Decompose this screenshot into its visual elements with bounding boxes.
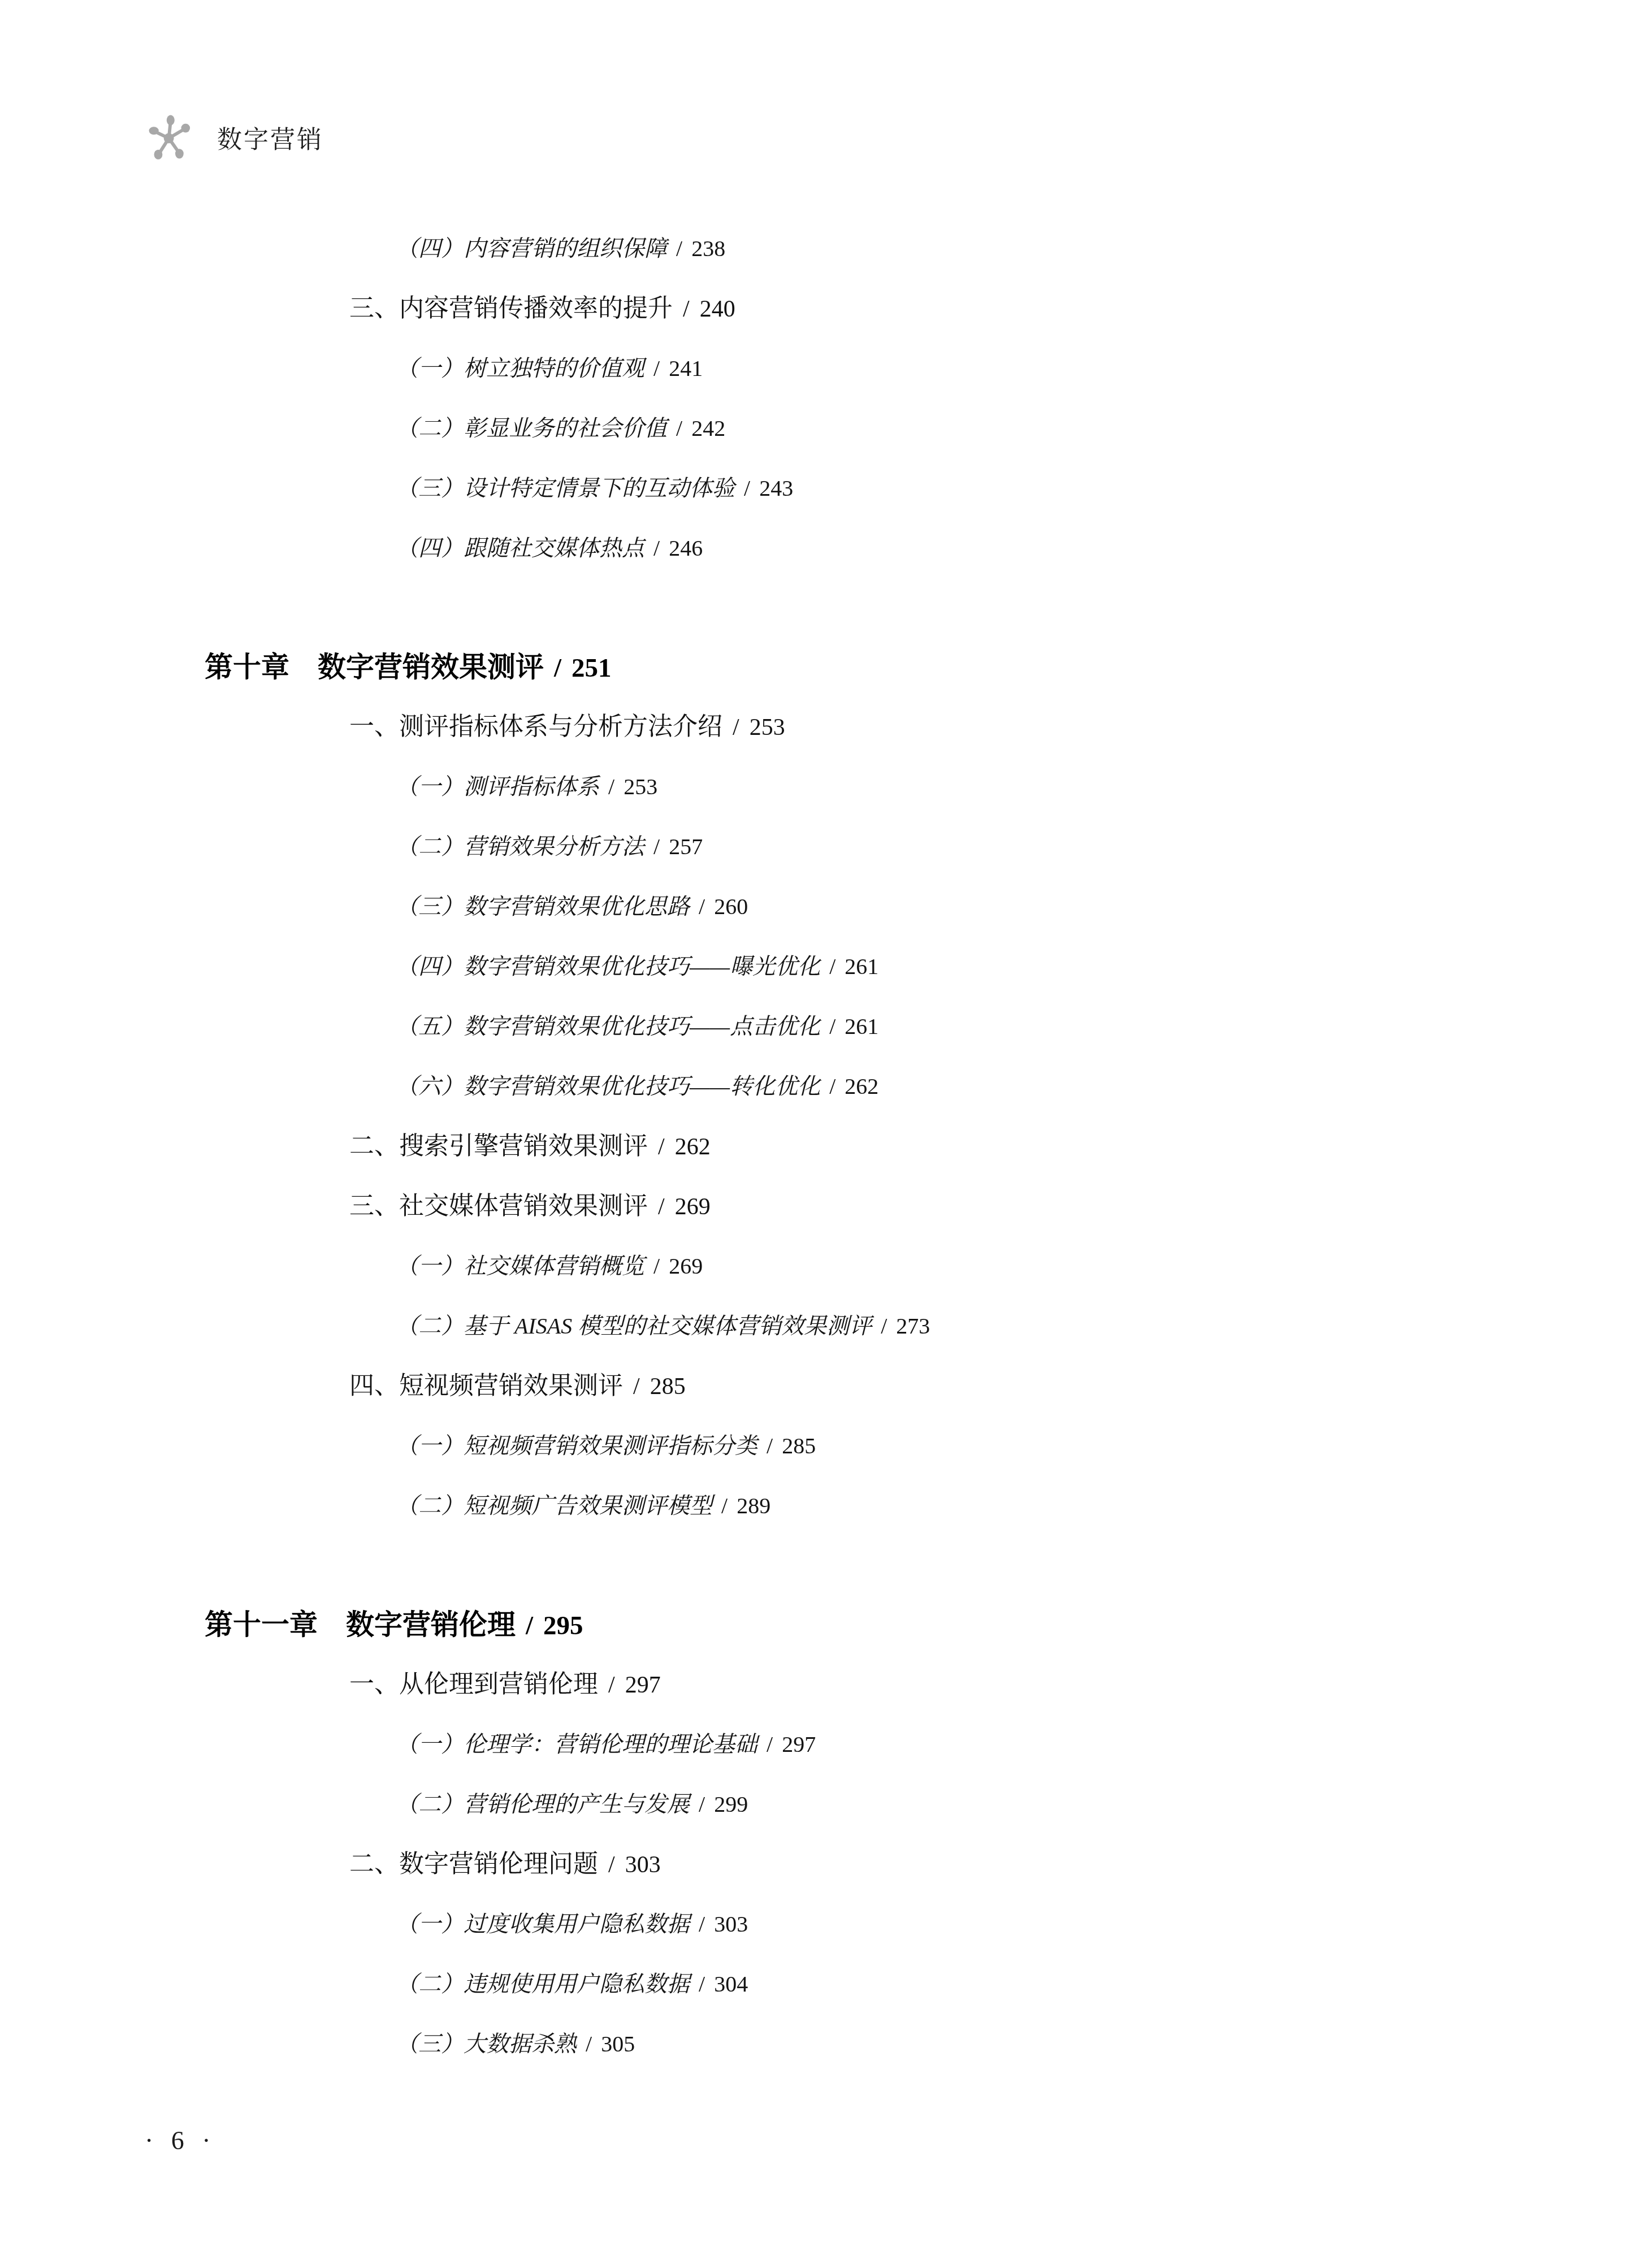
- toc-entry-separator: /: [653, 518, 660, 578]
- toc-entry-page: 273: [896, 1313, 930, 1339]
- toc-entry-label: （一）测评指标体系: [396, 774, 599, 799]
- toc-chapter-row: 第十一章 数字营销伦理/295: [205, 1595, 1628, 1655]
- toc-entry-page: 253: [750, 715, 785, 741]
- toc-section-row: 二、搜索引擎营销效果测评/262: [349, 1116, 1628, 1176]
- toc-entry-page: 251: [571, 653, 612, 683]
- toc-entry-separator: /: [767, 1416, 773, 1476]
- toc-entry-label: （一）树立独特的价值观: [396, 356, 644, 381]
- toc-entry-separator: /: [658, 1117, 665, 1177]
- toc-entry-separator: /: [658, 1177, 665, 1237]
- toc-entry-label: （四）跟随社交媒体热点: [396, 535, 644, 561]
- toc-subsection-row: （三）数字营销效果优化思路/260: [396, 877, 1628, 937]
- toc-entry-page: 262: [675, 1134, 711, 1160]
- toc-entry-page: 269: [675, 1194, 711, 1220]
- toc-entry-label: （三）数字营销效果优化思路: [396, 894, 690, 919]
- toc-section-row: 一、从伦理到营销伦理/297: [349, 1655, 1628, 1715]
- toc-entry-label: （二）营销伦理的产生与发展: [396, 1791, 690, 1817]
- toc-subsection-row: （四）内容营销的组织保障/238: [396, 219, 1628, 279]
- toc-section-row: 二、数字营销伦理问题/303: [349, 1834, 1628, 1894]
- toc-entry-page: 241: [669, 356, 703, 381]
- toc-entry-page: 297: [625, 1672, 661, 1698]
- toc-subsection-row: （一）过度收集用户隐私数据/303: [396, 1894, 1628, 1954]
- toc-subsection-row: （一）树立独特的价值观/241: [396, 339, 1628, 399]
- toc-entry-page: 303: [714, 1911, 748, 1937]
- toc-entry-separator: /: [699, 877, 705, 937]
- toc-entry-separator: /: [653, 339, 660, 399]
- toc-subsection-row: （一）测评指标体系/253: [396, 757, 1628, 817]
- toc-subsection-row: （二）彰显业务的社会价值/242: [396, 399, 1628, 458]
- toc-entry-separator: /: [633, 1357, 640, 1417]
- toc-entry-page: 262: [845, 1074, 878, 1099]
- toc-entry-separator: /: [699, 1774, 705, 1834]
- toc-entry-page: 295: [543, 1611, 583, 1641]
- toc-subsection-row: （四）数字营销效果优化技巧——曝光优化/261: [396, 937, 1628, 997]
- toc-entry-page: 257: [669, 834, 703, 859]
- toc-section-row: 四、短视频营销效果测评/285: [349, 1356, 1628, 1416]
- toc-entry-separator: /: [733, 698, 739, 758]
- toc-entry-label: （二）彰显业务的社会价值: [396, 415, 667, 441]
- toc-entry-label: 四、短视频营销效果测评: [349, 1372, 623, 1400]
- toc-entry-page: 253: [624, 774, 657, 799]
- toc-entry-page: 261: [845, 1014, 878, 1039]
- toc-entry-label: （一）伦理学：营销伦理的理论基础: [396, 1732, 757, 1757]
- toc-subsection-row: （一）伦理学：营销伦理的理论基础/297: [396, 1715, 1628, 1774]
- toc-entry-label: （一）过度收集用户隐私数据: [396, 1911, 690, 1937]
- toc-entry-label: （三）大数据杀熟: [396, 2031, 577, 2057]
- toc-entry-label: 二、数字营销伦理问题: [349, 1850, 598, 1878]
- toc-entry-page: 260: [714, 894, 748, 919]
- toc-entry-page: 304: [714, 1971, 748, 1997]
- toc-entry-label: （一）社交媒体营销概览: [396, 1253, 644, 1279]
- toc-entry-separator: /: [608, 1835, 615, 1895]
- toc-entry-page: 297: [782, 1732, 816, 1757]
- toc-subsection-row: （二）基于 AISAS 模型的社交媒体营销效果测评/273: [396, 1296, 1628, 1356]
- toc-entry-label: （一）短视频营销效果测评指标分类: [396, 1433, 757, 1458]
- toc-entry-label: 二、搜索引擎营销效果测评: [349, 1132, 648, 1160]
- toc-entry-page: 289: [737, 1493, 770, 1518]
- toc-section-row: 三、社交媒体营销效果测评/269: [349, 1176, 1628, 1236]
- toc-entry-label: 第十一章 数字营销伦理: [205, 1609, 516, 1641]
- toc-entry-label: （二）违规使用用户隐私数据: [396, 1971, 690, 1997]
- toc-entry-separator: /: [676, 219, 682, 279]
- toc-section-row: 一、测评指标体系与分析方法介绍/253: [349, 697, 1628, 757]
- toc-entry-page: 305: [601, 2031, 635, 2057]
- toc-entry-label: 一、从伦理到营销伦理: [349, 1670, 598, 1698]
- toc-entry-page: 285: [650, 1374, 686, 1400]
- toc-entry-separator: /: [554, 638, 561, 698]
- toc-entry-label: （二）营销效果分析方法: [396, 834, 644, 859]
- toc-entry-separator: /: [586, 2014, 592, 2074]
- toc-subsection-row: （一）短视频营销效果测评指标分类/285: [396, 1416, 1628, 1476]
- toc-entry-page: 243: [759, 475, 793, 501]
- toc-entry-page: 303: [625, 1852, 661, 1878]
- toc-entry-separator: /: [744, 458, 750, 518]
- toc-entry-label: （五）数字营销效果优化技巧——点击优化: [396, 1014, 820, 1039]
- toc-entry-page: 299: [714, 1791, 748, 1817]
- toc-subsection-row: （二）短视频广告效果测评模型/289: [396, 1476, 1628, 1536]
- toc-subsection-row: （三）大数据杀熟/305: [396, 2014, 1628, 2074]
- toc-subsection-row: （二）违规使用用户隐私数据/304: [396, 1954, 1628, 2014]
- toc-entry-label: （三）设计特定情景下的互动体验: [396, 475, 735, 501]
- toc-entry-separator: /: [526, 1596, 533, 1656]
- toc-subsection-row: （四）跟随社交媒体热点/246: [396, 518, 1628, 578]
- toc-entry-separator: /: [699, 1954, 705, 2014]
- toc-chapter-row: 第十章 数字营销效果测评/251: [205, 637, 1628, 697]
- toc-subsection-row: （二）营销伦理的产生与发展/299: [396, 1774, 1628, 1834]
- toc-entry-page: 246: [669, 535, 703, 561]
- toc-entry-label: （二）基于 AISAS 模型的社交媒体营销效果测评: [396, 1313, 872, 1339]
- toc-entry-separator: /: [608, 1655, 615, 1715]
- toc-section-row: 三、内容营销传播效率的提升/240: [349, 279, 1628, 339]
- toc-entry-label: 三、社交媒体营销效果测评: [349, 1192, 648, 1220]
- toc-entry-label: （四）数字营销效果优化技巧——曝光优化: [396, 954, 820, 979]
- toc-entry-page: 269: [669, 1253, 703, 1279]
- toc-entry-separator: /: [767, 1715, 773, 1774]
- toc-entry-separator: /: [653, 817, 660, 877]
- toc-entry-label: （二）短视频广告效果测评模型: [396, 1493, 712, 1518]
- toc-entry-separator: /: [721, 1476, 728, 1536]
- toc-entry-separator: /: [829, 937, 835, 997]
- toc-subsection-row: （六）数字营销效果优化技巧——转化优化/262: [396, 1057, 1628, 1116]
- molecule-icon: [148, 114, 192, 161]
- toc-subsection-row: （二）营销效果分析方法/257: [396, 817, 1628, 877]
- toc-entry-page: 261: [845, 954, 878, 979]
- toc-entry-label: （四）内容营销的组织保障: [396, 236, 667, 261]
- toc-entry-separator: /: [683, 279, 690, 339]
- toc-entry-separator: /: [653, 1236, 660, 1296]
- toc-entry-page: 240: [700, 296, 735, 322]
- toc-entry-separator: /: [608, 757, 614, 817]
- toc-entry-separator: /: [676, 399, 682, 458]
- toc-subsection-row: （一）社交媒体营销概览/269: [396, 1236, 1628, 1296]
- toc-entry-separator: /: [829, 1057, 835, 1116]
- toc-list: （四）内容营销的组织保障/238 三、内容营销传播效率的提升/240 （一）树立…: [0, 219, 1628, 2074]
- toc-entry-separator: /: [829, 997, 835, 1057]
- toc-entry-label: （六）数字营销效果优化技巧——转化优化: [396, 1074, 820, 1099]
- toc-entry-label: 第十章 数字营销效果测评: [205, 651, 544, 683]
- toc-subsection-row: （五）数字营销效果优化技巧——点击优化/261: [396, 997, 1628, 1057]
- toc-entry-label: 一、测评指标体系与分析方法介绍: [349, 713, 722, 741]
- toc-entry-separator: /: [699, 1894, 705, 1954]
- toc-entry-separator: /: [881, 1296, 887, 1356]
- book-title: 数字营销: [217, 119, 323, 155]
- toc-entry-page: 238: [691, 236, 725, 261]
- toc-entry-label: 三、内容营销传播效率的提升: [349, 295, 673, 322]
- toc-entry-page: 285: [782, 1433, 816, 1458]
- running-header: 数字营销: [148, 112, 323, 163]
- page-number: · 6 ·: [145, 2126, 217, 2156]
- toc-page: 数字营销 （四）内容营销的组织保障/238 三、内容营销传播效率的提升/240 …: [0, 0, 1628, 2268]
- toc-entry-page: 242: [691, 415, 725, 441]
- toc-subsection-row: （三）设计特定情景下的互动体验/243: [396, 458, 1628, 518]
